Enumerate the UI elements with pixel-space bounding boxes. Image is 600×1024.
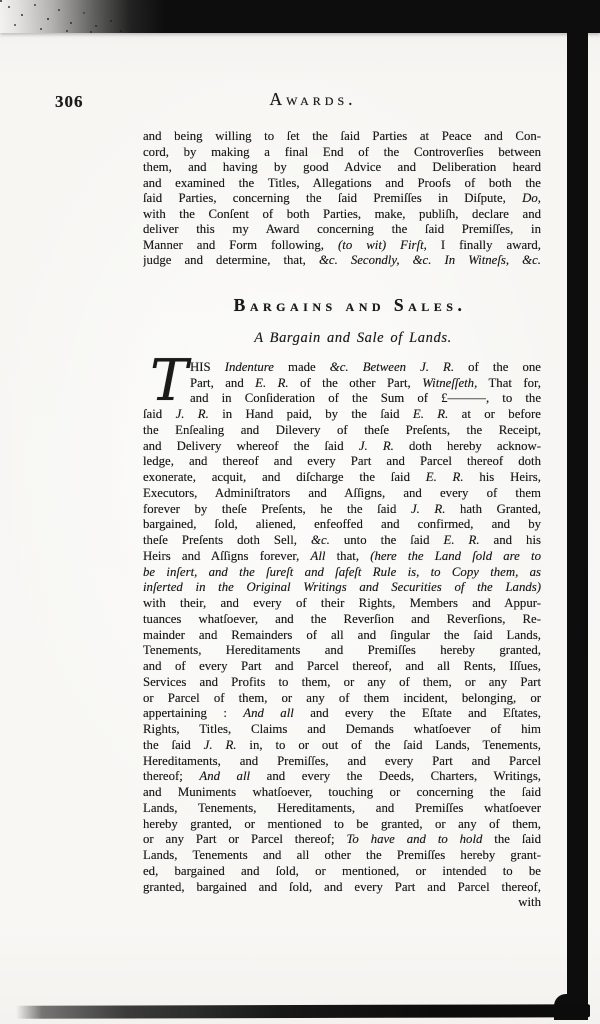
scan-artifact-bottom-band: [16, 1004, 590, 1019]
text-line: deliver this my Award concerning the ſai…: [143, 222, 541, 238]
running-header: Awards.: [143, 89, 541, 110]
text-line: them, and having by good Advice and Deli…: [143, 160, 541, 176]
text-line: Manner and Form following, (to wit) Firſ…: [143, 238, 541, 254]
text-line: Part, and E. R. of the other Part, Witne…: [143, 376, 541, 392]
text-line: theſe Preſents doth Sell, &c. unto the ſ…: [143, 533, 541, 549]
scan-speckles: [0, 0, 2, 2]
text-column: and being willing to ſet the ſaid Partie…: [143, 129, 541, 911]
text-line: ſaid Parties, concerning the ſaid Premiſ…: [143, 191, 541, 207]
scan-artifact-book-edge: [567, 24, 588, 1020]
text-line: or Parcel of them, or any of them incide…: [143, 691, 541, 707]
text-line: with their, and every of their Rights, M…: [143, 596, 541, 612]
section-subheading: A Bargain and Sale of Lands.: [143, 330, 541, 347]
drop-cap-initial: T: [150, 357, 192, 405]
text-line: Tenements, Hereditaments and Premiſſes h…: [143, 643, 541, 659]
paragraph-indenture-form: T HIS Indenture made &c. Between J. R. o…: [143, 360, 541, 911]
text-line: Services and Profits to them, or any of …: [143, 675, 541, 691]
paragraph-lines: HIS Indenture made &c. Between J. R. of …: [143, 360, 541, 896]
text-line: Heirs and Aſſigns forever, All that, (he…: [143, 549, 541, 565]
text-line: thereof; And all and every the Deeds, Ch…: [143, 769, 541, 785]
text-line: and in Conſideration of the Sum of £———,…: [143, 391, 541, 407]
text-line: exonerate, acquit, and diſcharge the ſai…: [143, 470, 541, 486]
text-line: Executors, Adminiſtrators and Aſſigns, a…: [143, 486, 541, 502]
text-line: the ſaid J. R. in, to or out of the ſaid…: [143, 738, 541, 754]
text-line: hereby granted, or mentioned to be grant…: [143, 817, 541, 833]
text-line: and Muniments whatſoever, touching or co…: [143, 785, 541, 801]
text-line: and being willing to ſet the ſaid Partie…: [143, 129, 541, 145]
text-line: and Delivery whereof the ſaid J. R. doth…: [143, 439, 541, 455]
text-line: granted, bargained and ſold, and every P…: [143, 880, 541, 896]
text-line: the Enſealing and Dilevery of theſe Preſ…: [143, 423, 541, 439]
text-line: HIS Indenture made &c. Between J. R. of …: [143, 360, 541, 376]
text-line: Lands, Tenements and all other the Premi…: [143, 848, 541, 864]
text-line: Hereditaments, and Premiſſes, and every …: [143, 754, 541, 770]
text-line: ledge, and thereof and every Part and Pa…: [143, 454, 541, 470]
paragraph-award-conclusion: and being willing to ſet the ſaid Partie…: [143, 129, 541, 269]
paragraph-lines: and being willing to ſet the ſaid Partie…: [143, 129, 541, 269]
text-line: bargained, ſold, aliened, enfeoffed and …: [143, 517, 541, 533]
text-line: ſaid J. R. in Hand paid, by the ſaid E. …: [143, 407, 541, 423]
text-line: or any Part or Parcel thereof; To have a…: [143, 832, 541, 848]
text-line: inſerted in the Original Writings and Se…: [143, 580, 541, 596]
text-line: Lands, Tenements, Hereditaments, and Pre…: [143, 801, 541, 817]
text-line: Rights, Titles, Claims and Demands whatſ…: [143, 722, 541, 738]
text-line: forever by theſe Preſents, he the ſaid J…: [143, 502, 541, 518]
page-number: 306: [55, 92, 84, 112]
text-line: tuances whatſoever, and the Reverſion an…: [143, 612, 541, 628]
text-line: and of every Part and Parcel thereof, an…: [143, 659, 541, 675]
text-line: be inſert, and the ſureſt and ſafeſt Rul…: [143, 565, 541, 581]
text-line: and examined the Titles, Allegations and…: [143, 176, 541, 192]
scan-artifact-top-band: [0, 0, 600, 33]
text-line: judge and determine, that, &c. Secondly,…: [143, 253, 541, 269]
text-line: with the Conſent of both Parties, make, …: [143, 207, 541, 223]
catchword: with: [143, 895, 541, 911]
text-line: mainder and Remainders of all and ſingul…: [143, 628, 541, 644]
section-heading: Bargains and Sales.: [143, 295, 541, 316]
text-line: appertaining : And all and every the Eſt…: [143, 706, 541, 722]
text-line: ed, bargained and ſold, or mentioned, or…: [143, 864, 541, 880]
text-line: cord, by making a final End of the Contr…: [143, 145, 541, 161]
